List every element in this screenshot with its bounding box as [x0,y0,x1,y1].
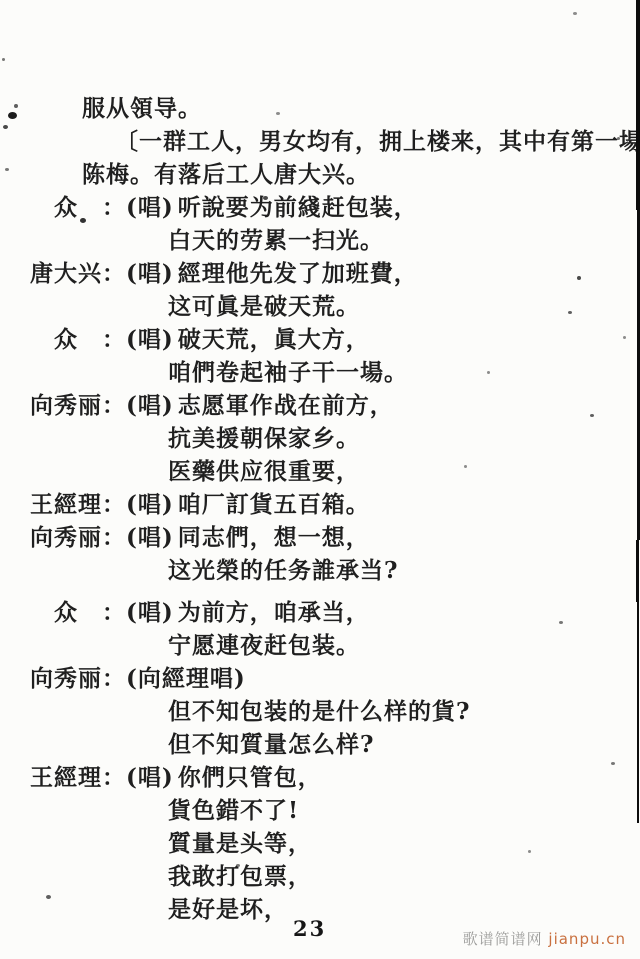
lyric-continuation: 这光榮的任务誰承当? [0,554,640,587]
lyric-continuation: 咱們卷起袖子干一場。 [0,356,640,389]
watermark-site-name: 歌谱简谱网 [463,930,543,948]
speaker-label: 向秀丽： [30,662,126,695]
lyric-text: 同志們，想一想， [178,524,370,551]
scan-speck [611,762,615,765]
scan-speck [568,311,572,314]
line-text: 〔一群工人，男女均有，拥上楼来，其中有第一場出現过的 [115,128,640,155]
scan-speck [2,58,5,61]
lyric-continuation: 質量是头等， [0,827,640,860]
script-line: 服从領导。 [0,92,640,125]
line-text: 医藥供应很重要， [168,458,360,485]
scan-speck [617,137,620,140]
dialogue-line: 唐大兴：(唱)經理他先发了加班費， [0,257,640,290]
scan-speck [5,168,9,171]
scan-speck [236,864,240,867]
lyric-continuation: 但不知包装的是什么样的貨? [0,695,640,728]
scan-speck [623,336,626,339]
lyric-continuation: 这可眞是破天荒。 [0,290,640,323]
line-text: 是好是坏， [168,896,288,923]
line-text: 服从領导。 [82,95,202,122]
scan-speck [3,125,8,129]
line-text: 这可眞是破天荒。 [168,293,360,320]
dialogue-line: 王經理：(唱)咱厂訂貨五百箱。 [0,488,640,521]
lyric-text: 咱厂訂貨五百箱。 [178,491,370,518]
scanned-script-page: 服从領导。 〔一群工人，男女均有，拥上楼来，其中有第一場出現过的 陈梅。有落后工… [0,0,640,959]
speaker-label: 王經理： [30,488,126,521]
line-text: 貨色錯不了! [168,797,299,824]
speaker-label: 众 ： [30,191,126,224]
stage-direction: 〔一群工人，男女均有，拥上楼来，其中有第一場出現过的 [0,125,640,158]
line-text: 但不知質量怎么样? [168,731,374,758]
dialogue-line: 众 ：(唱)破天荒，眞大方， [0,323,640,356]
scan-speck [577,276,581,280]
scan-speck [573,12,577,15]
scan-speck [528,850,531,853]
watermark-site-url: jianpu.cn [548,930,626,948]
lyric-text: 你們只管包， [178,764,322,791]
watermark: 歌谱简谱网 jianpu.cn [463,928,626,949]
dialogue-line: 王經理：(唱)你們只管包， [0,761,640,794]
speaker-label: 王經理： [30,761,126,794]
scan-speck [263,196,268,200]
script-text-block: 服从領导。 〔一群工人，男女均有，拥上楼来，其中有第一場出現过的 陈梅。有落后工… [0,92,640,926]
lyric-continuation: 宁愿連夜赶包装。 [0,629,640,662]
speaker-label: 唐大兴： [30,257,126,290]
stage-cue: (向經理唱) [126,665,246,692]
speaker-label: 向秀丽： [30,389,126,422]
scan-speck [80,218,86,223]
dialogue-line: 众 ：(唱)听說要为前綫赶包装， [0,191,640,224]
speaker-label: 众 ： [30,596,126,629]
scan-edge-bar [637,602,639,823]
scan-edge-bar [636,0,640,210]
dialogue-line: 向秀丽：(唱)同志們，想一想， [0,521,640,554]
lyric-text: 經理他先发了加班費， [178,260,418,287]
page-number: 23 [293,916,326,941]
stage-cue: (唱) [126,764,174,791]
line-text: 抗美援朝保家乡。 [168,425,360,452]
scan-speck [46,895,51,899]
lyric-continuation: 貨色錯不了! [0,794,640,827]
stage-cue: (唱) [126,194,174,221]
line-text: 但不知包装的是什么样的貨? [168,698,470,725]
stage-cue: (唱) [126,260,174,287]
stage-cue: (唱) [126,491,174,518]
dialogue-line: 众 ：(唱)为前方，咱承当， [0,596,640,629]
lyric-continuation: 白天的劳累一扫光。 [0,224,640,257]
scan-speck [559,621,563,624]
speaker-label: 向秀丽： [30,521,126,554]
line-text: 宁愿連夜赶包装。 [168,632,360,659]
line-text: 陈梅。有落后工人唐大兴。 [82,161,370,188]
line-text: 質量是头等， [168,830,312,857]
speaker-label: 众 ： [30,323,126,356]
lyric-text: 破天荒，眞大方， [178,326,370,353]
dialogue-line: 向秀丽：(向經理唱) [0,662,640,695]
lyric-text: 听說要为前綫赶包装， [178,194,418,221]
scan-speck [276,112,280,115]
scan-speck [487,371,490,374]
line-text: 白天的劳累一扫光。 [168,227,384,254]
lyric-continuation: 我敢打包票， [0,860,640,893]
lyric-text: 志愿軍作战在前方， [178,392,394,419]
line-text: 这光榮的任务誰承当? [168,557,398,584]
dialogue-line: 向秀丽：(唱)志愿軍作战在前方， [0,389,640,422]
lyric-text: 为前方，咱承当， [178,599,370,626]
scan-edge-bar [636,540,639,602]
stage-cue: (唱) [126,599,174,626]
lyric-continuation: 但不知質量怎么样? [0,728,640,761]
stage-direction: 陈梅。有落后工人唐大兴。 [0,158,640,191]
scan-speck [8,112,17,119]
scan-speck [464,465,467,468]
line-text: 我敢打包票， [168,863,312,890]
stage-cue: (唱) [126,392,174,419]
stage-cue: (唱) [126,326,174,353]
lyric-continuation: 抗美援朝保家乡。 [0,422,640,455]
scan-speck [590,414,594,417]
scan-speck [14,104,18,108]
lyric-continuation: 医藥供应很重要， [0,455,640,488]
stage-cue: (唱) [126,524,174,551]
line-text: 咱們卷起袖子干一場。 [168,359,408,386]
